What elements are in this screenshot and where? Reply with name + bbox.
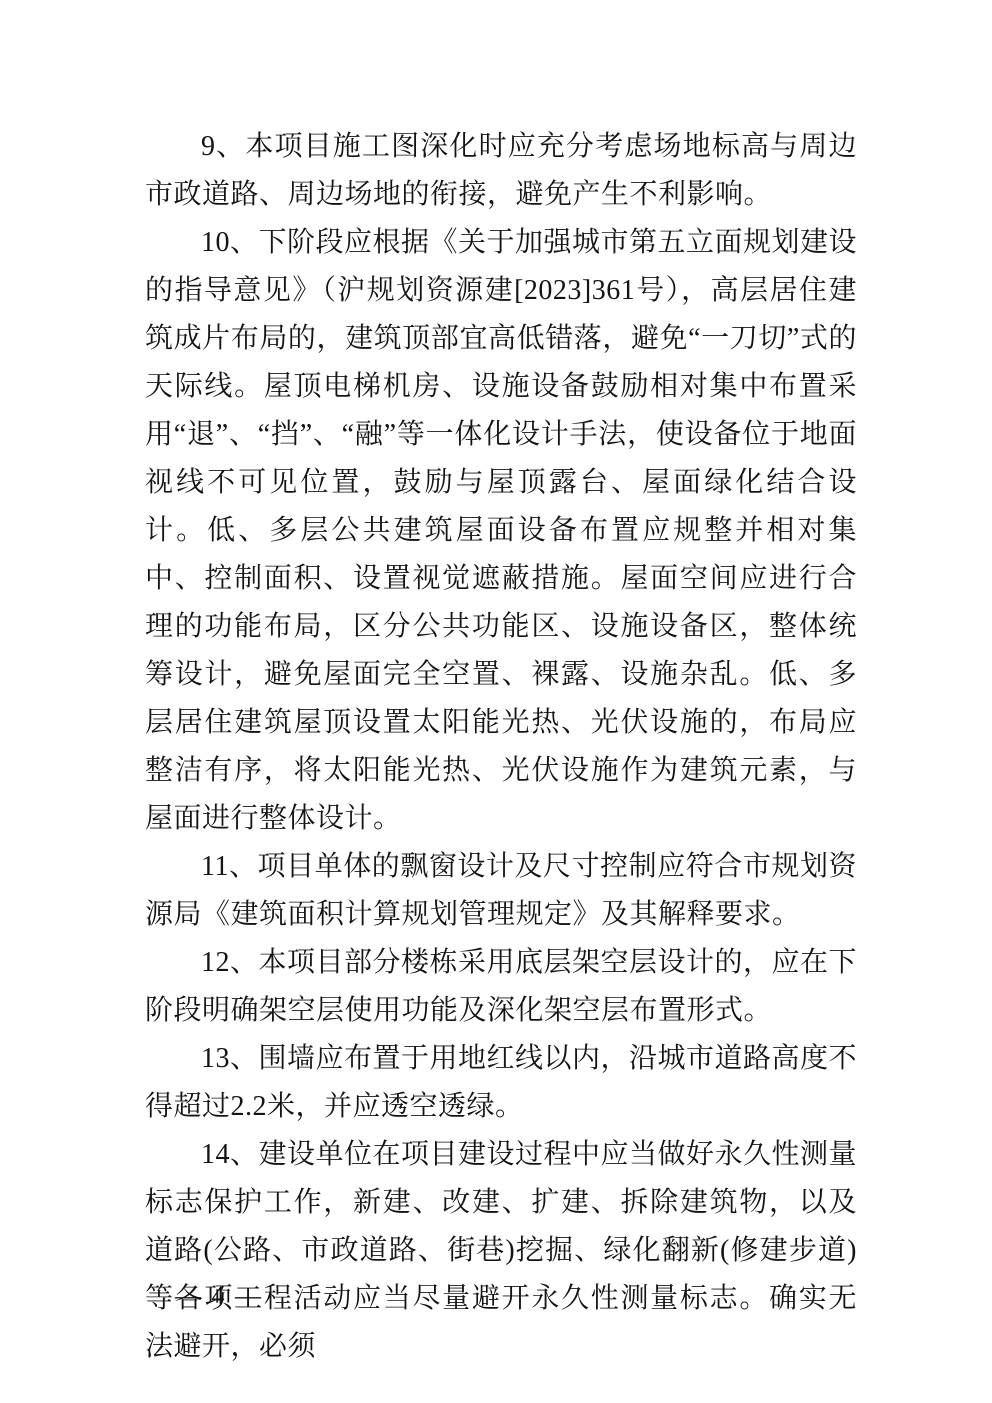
page-number: — 4 — [175, 1278, 263, 1314]
paragraph-item-9: 9、本项目施工图深化时应充分考虑场地标高与周边市政道路、周边场地的衔接，避免产生… [145, 123, 857, 219]
paragraph-item-10: 10、下阶段应根据《关于加强城市第五立面规划建设的指导意见》（沪规划资源建[20… [145, 219, 857, 843]
paragraph-item-14: 14、建设单位在项目建设过程中应当做好永久性测量标志保护工作，新建、改建、扩建、… [145, 1131, 857, 1371]
document-body: 9、本项目施工图深化时应充分考虑场地标高与周边市政道路、周边场地的衔接，避免产生… [145, 123, 857, 1371]
paragraph-item-12: 12、本项目部分楼栋采用底层架空层设计的，应在下阶段明确架空层使用功能及深化架空… [145, 939, 857, 1035]
paragraph-item-11: 11、项目单体的飘窗设计及尺寸控制应符合市规划资源局《建筑面积计算规划管理规定》… [145, 843, 857, 939]
document-page: 9、本项目施工图深化时应充分考虑场地标高与周边市政道路、周边场地的衔接，避免产生… [0, 0, 992, 1403]
paragraph-item-13: 13、围墙应布置于用地红线以内，沿城市道路高度不得超过2.2米，并应透空透绿。 [145, 1035, 857, 1131]
